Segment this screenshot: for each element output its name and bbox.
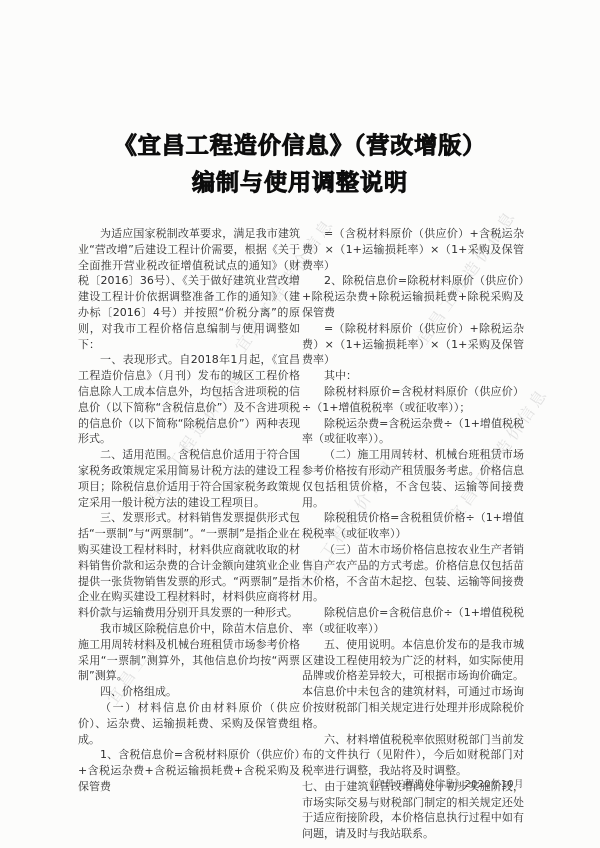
body-paragraph: （三）苗木市场价格信息按农业生产者销售自产农产品的方式考虑。价格信息仅包括苗木价… bbox=[302, 542, 524, 605]
body-paragraph: 为适应国家税制改革要求，满足我市建筑业“营改增”后建设工程计价需要，根据《关于全… bbox=[78, 226, 300, 352]
body-paragraph: 除税信息价=含税信息价÷（1+增值税税率（或征收率）） bbox=[302, 605, 524, 637]
body-paragraph: 除税运杂费=含税运杂费÷（1+增值税税率（或征收率））。 bbox=[302, 416, 524, 448]
body-paragraph: （一）材料信息价由材料原价（供应价）、运杂费、运输损耗费、采购及保管费组成。 bbox=[78, 700, 300, 747]
body-paragraph: 除税租赁价格=含税租赁价格÷（1+增值税税率（或征收率）） bbox=[302, 510, 524, 542]
doc-title-line1: 《宜昌工程造价信息》（营改增版） bbox=[0, 128, 600, 165]
doc-title: 《宜昌工程造价信息》（营改增版） 编制与使用调整说明 bbox=[0, 128, 600, 202]
body-paragraph: 除税材料原价=含税材料原价（供应价）÷（1+增值税税率（或征收率））； bbox=[302, 384, 524, 416]
body-paragraph: 1、含税信息价=含税材料原价（供应价）+含税运杂费+含税运输损耗费+含税采购及保… bbox=[78, 747, 300, 794]
left-column: 为适应国家税制改革要求，满足我市建筑业“营改增”后建设工程计价需要，根据《关于全… bbox=[78, 226, 300, 842]
page-footer: 《宜昌工程造价信息》2020年10月 bbox=[365, 776, 524, 790]
body-paragraph: 四、价格组成。 bbox=[78, 684, 300, 700]
body-paragraph: 三、发票形式。材料销售发票提供形式包括“一票制”与“两票制”。“一票制”是指企业… bbox=[78, 510, 300, 621]
body-paragraph: 二、适用范围。含税信息价适用于符合国家税务政策规定采用简易计税方法的建设工程项目… bbox=[78, 447, 300, 510]
body-paragraph: 六、材料增值税税率依照财税部门当前发布的文件执行（见附件），今后如财税部门对税率… bbox=[302, 732, 524, 779]
body-paragraph: =（含税材料原价（供应价）+含税运杂费）×（1+运输损耗率）×（1+采购及保管费… bbox=[302, 226, 524, 273]
body-paragraph: 五、使用说明。本信息价发布的是我市城区建设工程使用较为广泛的材料，如实际使用品牌… bbox=[302, 637, 524, 732]
document-page: 宜昌工程造价信息 宜昌工程造价信息 宜昌工程造价信息 宜昌工程造价信息 宜昌工程… bbox=[0, 0, 600, 848]
body-paragraph: 我市城区除税信息价中，除苗木信息价、施工用周转材料及机械台班租赁市场参考价格采用… bbox=[78, 621, 300, 684]
document-body: 为适应国家税制改革要求，满足我市建筑业“营改增”后建设工程计价需要，根据《关于全… bbox=[78, 226, 524, 842]
body-paragraph: （二）施工用周转材、机械台班租赁市场参考价格按有形动产租赁服务考虑。价格信息仅包… bbox=[302, 447, 524, 510]
doc-title-line2: 编制与使用调整说明 bbox=[0, 165, 600, 202]
body-paragraph: 2、除税信息价=除税材料原价（供应价）+除税运杂费+除税运输损耗费+除税采购及保… bbox=[302, 273, 524, 320]
body-paragraph: 一、表现形式。自2018年1月起，《宜昌工程造价信息》（月刊）发布的城区工程价格… bbox=[78, 352, 300, 447]
body-paragraph: =（除税材料原价（供应价）+除税运杂费）×（1+运输损耗率）×（1+采购及保管费… bbox=[302, 321, 524, 368]
body-paragraph: 其中： bbox=[302, 368, 524, 384]
right-column: =（含税材料原价（供应价）+含税运杂费）×（1+运输损耗率）×（1+采购及保管费… bbox=[302, 226, 524, 842]
